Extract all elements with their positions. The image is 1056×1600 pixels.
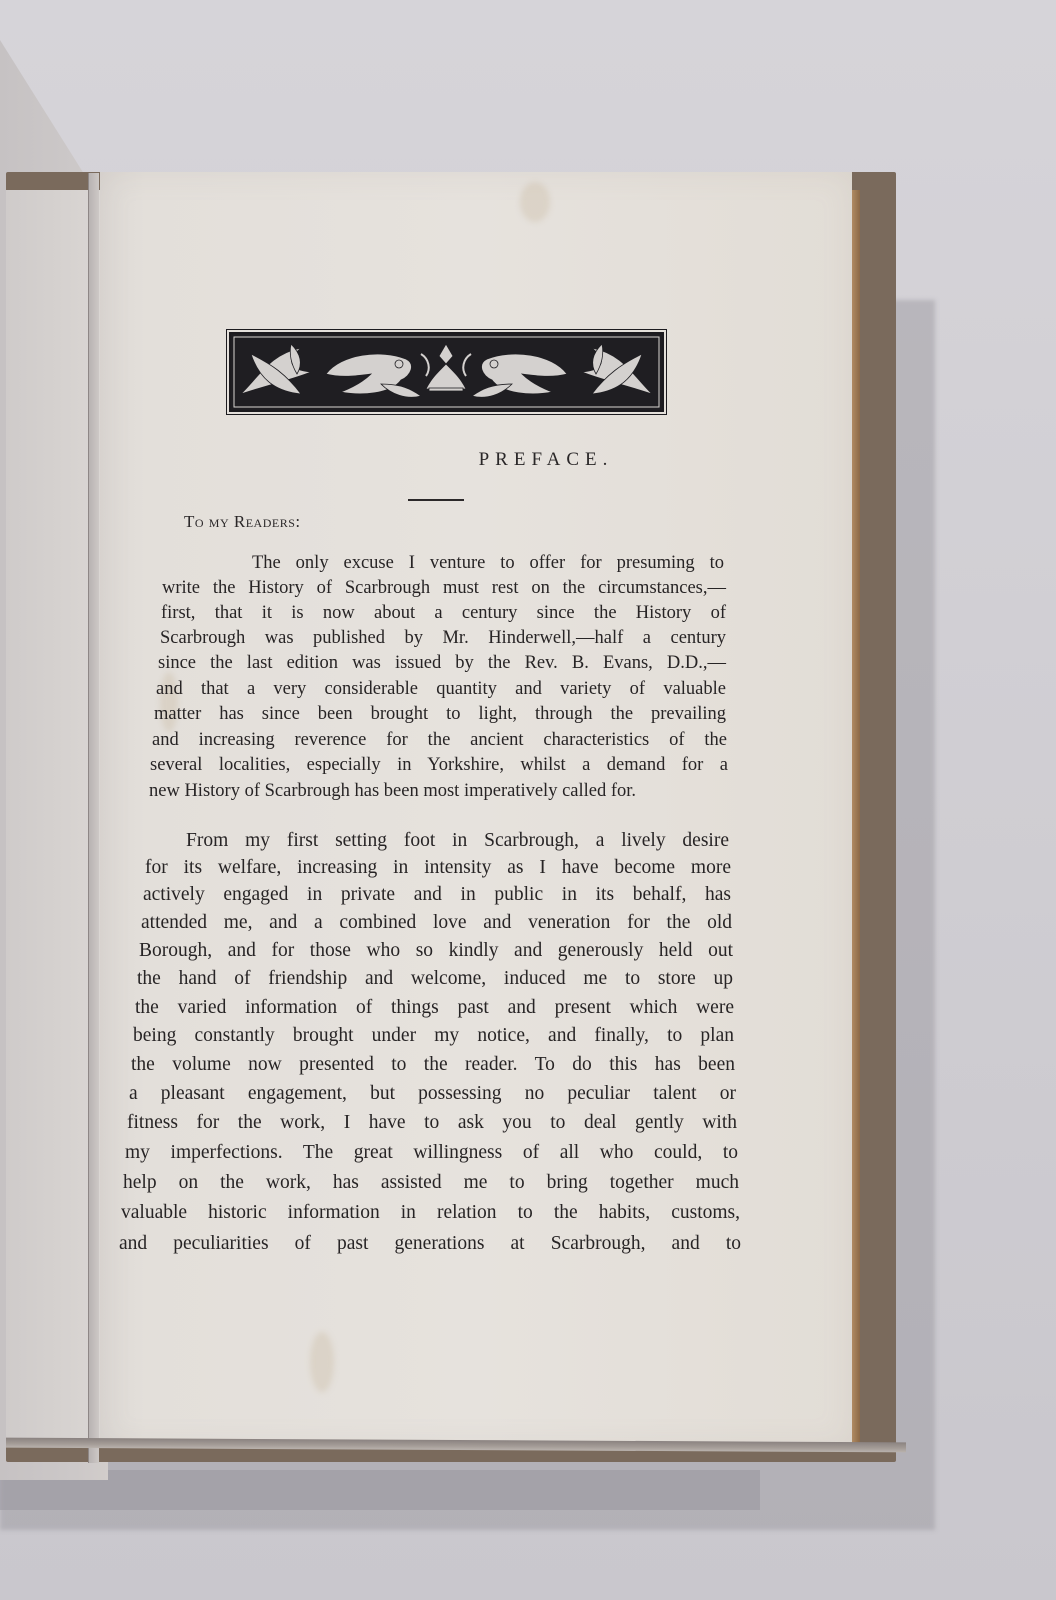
text-line: the hand of friendship and welcome, indu… [137,966,733,992]
dolphin-foliage-ornament-icon [231,334,662,410]
text-line: the volume now presented to the reader. … [131,1052,735,1078]
text-line: and peculiarities of past generations at… [119,1231,741,1257]
ornament-headpiece-icon [229,332,664,412]
foxing-stain [310,1332,334,1392]
book-shadow-lower [0,1470,760,1510]
text-line: new History of Scarbrough has been most … [149,778,717,804]
text-line: and increasing reverence for the ancient… [152,727,727,753]
text-line: fitness for the work, I have to ask you … [127,1110,737,1136]
text-line: a pleasant engagement, but possessing no… [129,1081,736,1107]
text-line: valuable historic information in relatio… [121,1200,740,1226]
text-line: since the last edition was issued by the… [158,650,726,676]
text-line: write the History of Scarbrough must res… [162,575,726,601]
text-line: actively engaged in private and in publi… [143,882,731,908]
text-line: several localities, especially in Yorksh… [150,752,728,778]
text-line: my imperfections. The great willingness … [125,1140,738,1166]
salutation: To my Readers: [184,512,301,532]
page-title: PREFACE. [0,449,1056,471]
text-line: and that a very considerable quantity an… [156,676,726,702]
text-line: The only excuse I venture to offer for p… [252,550,724,576]
foxing-stain [520,182,550,222]
text-line: attended me, and a combined love and ven… [141,910,732,936]
text-line: the varied information of things past an… [135,995,734,1021]
title-rule-divider [408,499,464,501]
page-gutter [6,190,100,1445]
text-line: being constantly brought under my notice… [133,1023,734,1049]
book-board-right-edge [852,190,860,1445]
text-line: first, that it is now about a century si… [161,600,726,626]
text-line: matter has since been brought to light, … [154,701,726,727]
text-line: help on the work, has assisted me to bri… [123,1170,739,1196]
text-line: for its welfare, increasing in intensity… [145,855,731,881]
left-page-edge [88,173,99,1463]
text-line: Borough, and for those who so kindly and… [139,938,733,964]
text-line: Scarbrough was published by Mr. Hinderwe… [160,625,726,651]
text-line: From my first setting foot in Scarbrough… [186,828,729,854]
